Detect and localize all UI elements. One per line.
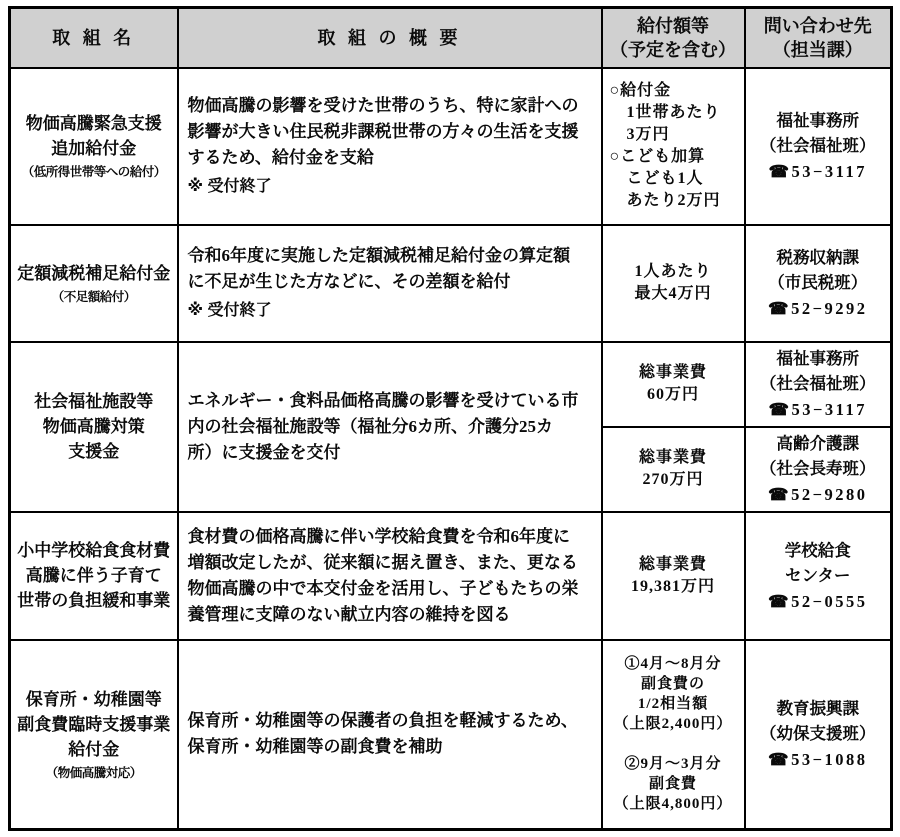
table-row: 小中学校給食食材費 高騰に伴う子育て 世帯の負担緩和事業 食材費の価格高騰に伴い… (10, 512, 892, 640)
amount-text: 総事業費 60万円 (605, 362, 742, 406)
contact-office: 税務収納課 （市民税班） (748, 245, 889, 295)
contact-cell: 学校給食 センター ☎52−0555 (745, 512, 892, 640)
header-contact-label: 問い合わせ先 （担当課） (748, 14, 889, 62)
initiative-name: 物価高騰緊急支援 追加給付金 (13, 111, 175, 161)
amount-text: 総事業費 270万円 (605, 447, 742, 491)
amount-text: ①4月～8月分 副食費の 1/2相当額 （上限2,400円） ②9月～3月分 副… (605, 654, 742, 814)
contact-office: 教育振興課 （幼保支援班） (748, 696, 889, 746)
contact-cell: 福祉事務所 （社会福祉班） ☎53−3117 (745, 342, 892, 427)
initiative-name: 保育所・幼稚園等 副食費臨時支援事業 給付金 (13, 687, 175, 762)
overview-cell: 物価高騰の影響を受けた世帯のうち、特に家計への 影響が大きい住民税非課税世帯の方… (178, 68, 602, 225)
amount-cell: 総事業費 19,381万円 (602, 512, 745, 640)
header-cell-contact: 問い合わせ先 （担当課） (745, 8, 892, 68)
header-initiative-label: 取 組 名 (13, 26, 175, 50)
contact-cell: 教育振興課 （幼保支援班） ☎53−1088 (745, 640, 892, 830)
contact-phone: ☎52−9280 (748, 482, 889, 507)
amount-cell: ①4月～8月分 副食費の 1/2相当額 （上限2,400円） ②9月～3月分 副… (602, 640, 745, 830)
amount-text: 総事業費 19,381万円 (605, 554, 742, 598)
overview-cell: 食材費の価格高騰に伴い学校給食費を令和6年度に 増額改定したが、従来額に据え置き… (178, 512, 602, 640)
benefits-table: 取 組 名 取 組 の 概 要 給付額等 （予定を含む） 問い合わせ先 （担当課… (8, 6, 893, 831)
overview-cell: 保育所・幼稚園等の保護者の負担を軽減するため、 保育所・幼稚園等の副食費を補助 (178, 640, 602, 830)
contact-phone: ☎52−9292 (748, 296, 889, 321)
overview-text: 保育所・幼稚園等の保護者の負担を軽減するため、 保育所・幼稚園等の副食費を補助 (188, 708, 595, 760)
table-row: 物価高騰緊急支援 追加給付金 （低所得世帯等への給付） 物価高騰の影響を受けた世… (10, 68, 892, 225)
initiative-note: （不足額給付） (13, 289, 175, 306)
status-closed-label: ※ 受付終了 (188, 298, 595, 324)
header-cell-initiative: 取 組 名 (10, 8, 178, 68)
table-row: 社会福祉施設等 物価高騰対策 支援金 エネルギー・食料品価格高騰の影響を受けてい… (10, 342, 892, 427)
header-cell-amount: 給付額等 （予定を含む） (602, 8, 745, 68)
initiative-note: （低所得世帯等への給付） (13, 164, 175, 181)
initiative-name-cell: 定額減税補足給付金 （不足額給付） (10, 225, 178, 342)
amount-cell: 1人あたり 最大4万円 (602, 225, 745, 342)
initiative-name-cell: 小中学校給食食材費 高騰に伴う子育て 世帯の負担緩和事業 (10, 512, 178, 640)
overview-cell: エネルギー・食料品価格高騰の影響を受けている市 内の社会福祉施設等（福祉分6カ所… (178, 342, 602, 512)
contact-phone: ☎53−3117 (748, 397, 889, 422)
table-row: 定額減税補足給付金 （不足額給付） 令和6年度に実施した定額減税補足給付金の算定… (10, 225, 892, 342)
contact-office: 学校給食 センター (748, 538, 889, 588)
initiative-name-cell: 物価高騰緊急支援 追加給付金 （低所得世帯等への給付） (10, 68, 178, 225)
contact-office: 高齢介護課 （社会長寿班） (748, 431, 889, 481)
overview-text: 物価高騰の影響を受けた世帯のうち、特に家計への 影響が大きい住民税非課税世帯の方… (188, 93, 595, 171)
table-header-row: 取 組 名 取 組 の 概 要 給付額等 （予定を含む） 問い合わせ先 （担当課… (10, 8, 892, 68)
contact-cell: 税務収納課 （市民税班） ☎52−9292 (745, 225, 892, 342)
initiative-name-cell: 保育所・幼稚園等 副食費臨時支援事業 給付金 （物価高騰対応） (10, 640, 178, 830)
amount-cell: 総事業費 60万円 (602, 342, 745, 427)
initiative-name: 小中学校給食食材費 高騰に伴う子育て 世帯の負担緩和事業 (13, 538, 175, 613)
contact-cell: 高齢介護課 （社会長寿班） ☎52−9280 (745, 427, 892, 512)
amount-text: 1人あたり 最大4万円 (605, 261, 742, 305)
initiative-name: 社会福祉施設等 物価高騰対策 支援金 (13, 389, 175, 464)
amount-cell: 総事業費 270万円 (602, 427, 745, 512)
overview-text: 令和6年度に実施した定額減税補足給付金の算定額 に不足が生じた方などに、その差額… (188, 243, 595, 295)
document-page: { "accent_colors": { "header_bg": "#d0d0… (0, 0, 900, 837)
contact-phone: ☎52−0555 (748, 589, 889, 614)
status-closed-label: ※ 受付終了 (188, 174, 595, 200)
initiative-note: （物価高騰対応） (13, 765, 175, 782)
initiative-name: 定額減税補足給付金 (13, 261, 175, 286)
overview-text: 食材費の価格高騰に伴い学校給食費を令和6年度に 増額改定したが、従来額に据え置き… (188, 524, 595, 628)
header-amount-label: 給付額等 （予定を含む） (605, 14, 742, 62)
overview-cell: 令和6年度に実施した定額減税補足給付金の算定額 に不足が生じた方などに、その差額… (178, 225, 602, 342)
contact-phone: ☎53−1088 (748, 747, 889, 772)
initiative-name-cell: 社会福祉施設等 物価高騰対策 支援金 (10, 342, 178, 512)
header-overview-label: 取 組 の 概 要 (181, 26, 599, 50)
amount-cell: ○給付金 1世帯あたり 3万円 ○こども加算 こども1人 あたり2万円 (602, 68, 745, 225)
amount-text: ○給付金 1世帯あたり 3万円 ○こども加算 こども1人 あたり2万円 (610, 80, 742, 212)
contact-office: 福祉事務所 （社会福祉班） (748, 346, 889, 396)
header-cell-overview: 取 組 の 概 要 (178, 8, 602, 68)
contact-office: 福祉事務所 （社会福祉班） (748, 108, 889, 158)
contact-phone: ☎53−3117 (748, 159, 889, 184)
contact-cell: 福祉事務所 （社会福祉班） ☎53−3117 (745, 68, 892, 225)
table-row: 保育所・幼稚園等 副食費臨時支援事業 給付金 （物価高騰対応） 保育所・幼稚園等… (10, 640, 892, 830)
overview-text: エネルギー・食料品価格高騰の影響を受けている市 内の社会福祉施設等（福祉分6カ所… (188, 388, 595, 466)
